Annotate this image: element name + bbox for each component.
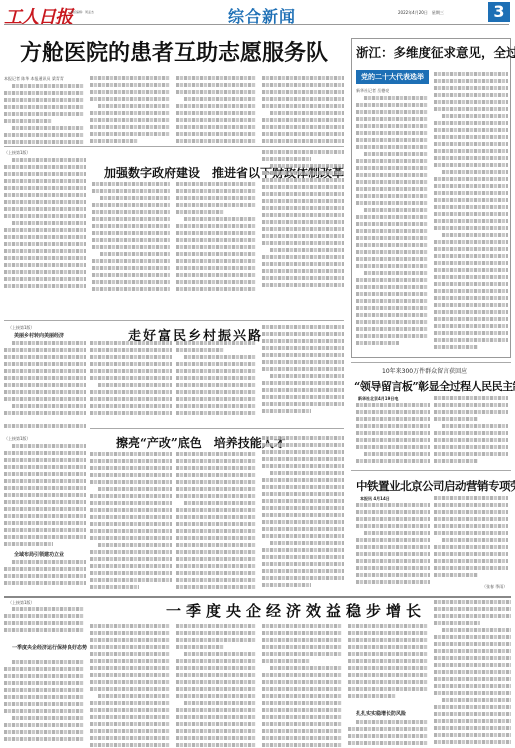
skills-subhead: 全域布局引领建功立业 (14, 551, 64, 558)
sidebar-body-col2 (434, 72, 508, 354)
skills-body-col1b (4, 560, 86, 592)
divider (351, 470, 511, 471)
editor-credit: 本版编辑：周孟杰 (70, 10, 94, 14)
rural-body-tail (4, 424, 86, 432)
skills-jump: （上接第1版） (4, 436, 31, 442)
crcc-body-col1 (356, 503, 430, 591)
divider (90, 428, 344, 429)
governance-body-col4 (262, 150, 344, 294)
lead-body-col3 (176, 76, 256, 144)
rural-body-col4 (262, 325, 344, 421)
header-divider (4, 24, 509, 25)
lead-body-col4 (262, 76, 344, 144)
soe-body-col6 (434, 600, 511, 748)
divider (4, 596, 511, 598)
divider (4, 320, 344, 321)
soe-body-col3 (176, 624, 256, 748)
letters-kicker: 10年来300万件群众留言获回应 (382, 366, 467, 375)
lead-byline: 本报记者 陈华 本报通讯员 梁青青 (4, 76, 64, 82)
sidebar-byline: 新华社记者 岳德亮 (356, 88, 389, 94)
skills-body-col2 (90, 452, 172, 592)
letters-dateline: 新华社北京4月19日电 (358, 396, 398, 402)
crcc-body-col2 (434, 496, 508, 584)
soe-body-col1b (4, 660, 84, 748)
crcc-credit: （张春 季雨） (482, 584, 507, 590)
soe-body-col1a (4, 607, 84, 639)
crcc-dateline: 本报讯 4月14日 (360, 496, 390, 502)
soe-headline: 一季度央企经济效益稳步增长 (166, 600, 426, 621)
lead-headline: 方舱医院的患者互助志愿服务队 (20, 36, 328, 67)
soe-subhead-2: 扎扎实实稳增长防风险 (356, 710, 406, 717)
rural-body-col3 (176, 341, 256, 421)
rural-body-col2 (90, 341, 172, 421)
crcc-headline: 中铁置业北京公司启动营销专项劳动竞赛 (356, 478, 515, 494)
letters-body-col1 (356, 403, 430, 463)
letters-body-col2 (434, 396, 508, 463)
skills-headline: 擦亮“产改”底色 培养技能人才 (116, 434, 286, 451)
divider (351, 362, 511, 363)
lead-body-col1 (4, 84, 84, 144)
governance-body-col1 (4, 158, 86, 294)
soe-body-col2 (90, 624, 170, 748)
rural-subhead: 美丽乡村转向美丽经济 (14, 332, 64, 339)
sidebar-headline: 浙江：多维度征求意见，全过程从严把关 (356, 43, 515, 61)
governance-jump: （上接第1版） (4, 150, 31, 156)
rural-jump: （上接第1版） (8, 325, 35, 331)
lead-body-col2 (90, 76, 170, 144)
soe-body-col4 (262, 624, 342, 748)
letters-headline: “领导留言板”彰显全过程人民民主制度优势 (354, 378, 515, 394)
sidebar-body-col1 (356, 96, 428, 354)
soe-body-col5a (348, 624, 428, 702)
skills-body-col4 (262, 436, 344, 592)
page-number-badge: 3 (488, 2, 510, 22)
skills-body-col1 (4, 444, 86, 550)
skills-body-col3 (176, 452, 256, 592)
masthead-logo: 工人日报 (4, 3, 72, 29)
rural-body-col1 (4, 341, 86, 421)
issue-date: 2022年4月20日 星期三 (398, 10, 444, 16)
soe-jump: （上接第1版） (8, 600, 35, 606)
governance-body-col3 (176, 182, 256, 294)
sidebar-tag: 党的二十大代表选举 (356, 70, 429, 84)
soe-body-col5b (348, 720, 428, 748)
divider (4, 146, 344, 147)
soe-subhead-1: 一季度央企经济运行保持良好态势 (12, 644, 87, 651)
governance-body-col2 (92, 182, 170, 294)
